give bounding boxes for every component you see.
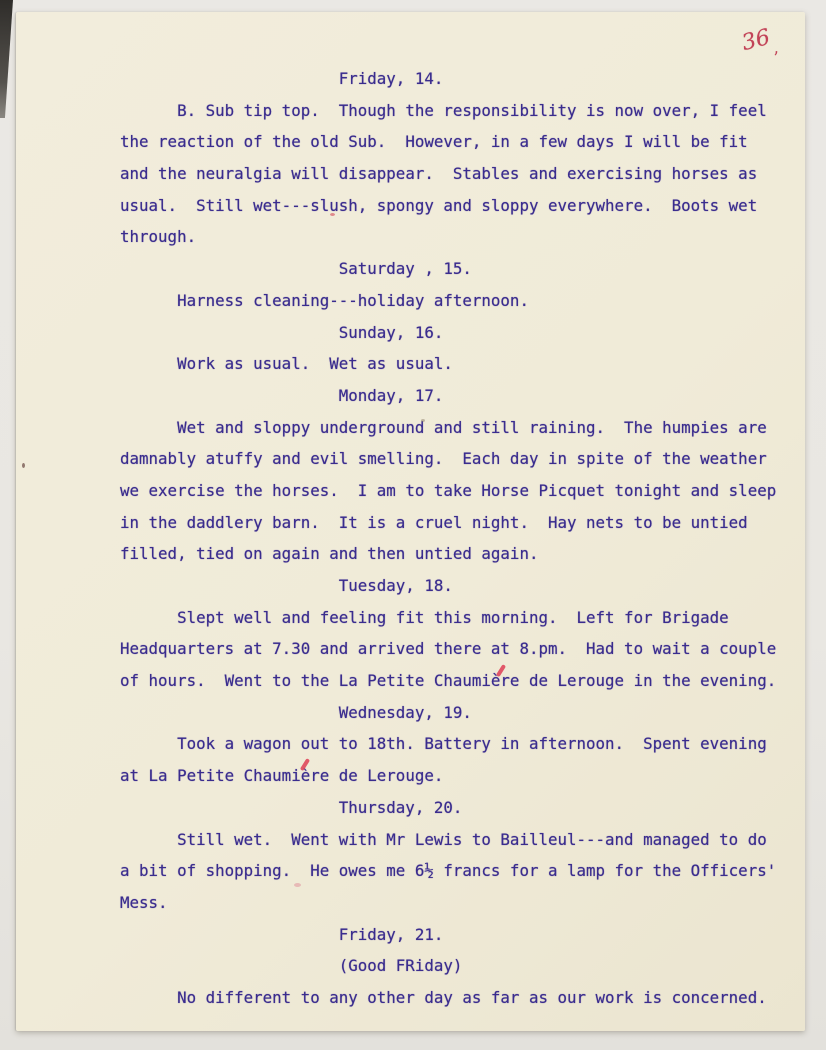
paper-sheet: Friday, 14.B. Sub tip top. Though the re… <box>16 12 805 1031</box>
date-heading: Friday, 21. <box>339 919 792 951</box>
date-heading: Sunday, 16. <box>339 317 792 349</box>
diary-text-line: a bit of shopping. He owes me 6½ francs … <box>120 855 792 887</box>
scan-edge-shadow <box>0 0 13 118</box>
diary-text-line: in the daddlery barn. It is a cruel nigh… <box>120 507 792 539</box>
date-heading: Tuesday, 18. <box>339 570 792 602</box>
diary-text-line: Headquarters at 7.30 and arrived there a… <box>120 633 792 665</box>
diary-text-line: and the neuralgia will disappear. Stable… <box>120 158 792 190</box>
diary-text-line: damnably atuffy and evil smelling. Each … <box>120 443 792 475</box>
typed-lines: Friday, 14.B. Sub tip top. Though the re… <box>120 63 792 1014</box>
diary-text-line: usual. Still wet---slush, spongy and slo… <box>120 190 792 222</box>
diary-text-line: we exercise the horses. I am to take Hor… <box>120 475 792 507</box>
diary-text-line: the reaction of the old Sub. However, in… <box>120 126 792 158</box>
ink-speck <box>421 419 425 422</box>
diary-text-line: Harness cleaning---holiday afternoon. <box>177 285 792 317</box>
diary-text-line: Took a wagon out to 18th. Battery in aft… <box>177 728 792 760</box>
ink-speck <box>294 883 301 887</box>
diary-text-line: at La Petite Chaumière de Lerouge. <box>120 760 792 792</box>
date-heading: Wednesday, 19. <box>339 697 792 729</box>
diary-text-line: through. <box>120 221 792 253</box>
scanned-diary-page: Friday, 14.B. Sub tip top. Though the re… <box>0 0 826 1050</box>
date-heading: (Good FRiday) <box>339 950 792 982</box>
date-heading: Thursday, 20. <box>339 792 792 824</box>
date-heading: Friday, 14. <box>339 63 792 95</box>
diary-text-line: Work as usual. Wet as usual. <box>177 348 792 380</box>
diary-text-line: Wet and sloppy underground and still rai… <box>177 412 792 444</box>
date-heading: Monday, 17. <box>339 380 792 412</box>
diary-text-line: filled, tied on again and then untied ag… <box>120 538 792 570</box>
ink-speck <box>330 213 335 216</box>
diary-text-line: Mess. <box>120 887 792 919</box>
diary-text-line: B. Sub tip top. Though the responsibilit… <box>177 95 792 127</box>
diary-text-line: No different to any other day as far as … <box>177 982 792 1014</box>
ink-speck <box>22 463 25 468</box>
date-heading: Saturday , 15. <box>339 253 792 285</box>
diary-text-line: of hours. Went to the La Petite Chaumièr… <box>120 665 792 697</box>
diary-text-line: Still wet. Went with Mr Lewis to Bailleu… <box>177 824 792 856</box>
diary-text-line: Slept well and feeling fit this morning.… <box>177 602 792 634</box>
